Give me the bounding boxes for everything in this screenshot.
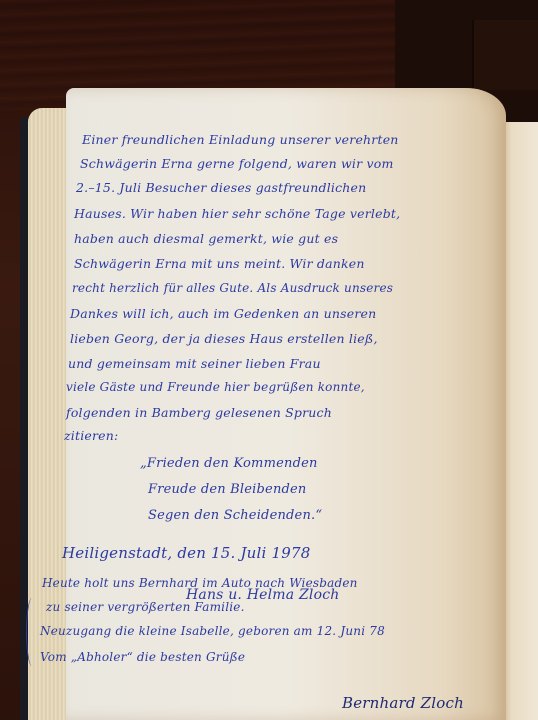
entry-line-9: lieben Georg, der ja dieses Haus erstell… bbox=[70, 331, 378, 346]
entry-line-1: Einer freundlichen Einladung unserer ver… bbox=[82, 132, 399, 147]
entry-line-13: zitieren: bbox=[64, 428, 118, 443]
poem-line-1: „Frieden den Kommenden bbox=[140, 456, 318, 471]
place-date: Heiligenstadt, den 15. Juli 1978 bbox=[62, 544, 310, 562]
poem-line-2: Freude den Bleibenden bbox=[148, 482, 307, 497]
postscript-line-4: Vom „Abholer“ die besten Grüße bbox=[40, 650, 245, 664]
entry-line-8: Dankes will ich, auch im Gedenken an uns… bbox=[70, 306, 376, 321]
entry-line-5: haben auch diesmal gemerkt, wie gut es bbox=[74, 231, 338, 246]
entry-line-4: Hauses. Wir haben hier sehr schöne Tage … bbox=[74, 206, 400, 221]
entry-line-2: Schwägerin Erna gerne folgend, waren wir… bbox=[80, 156, 394, 171]
signature-bernhard: Bernhard Zloch bbox=[342, 694, 464, 712]
entry-line-10: und gemeinsam mit seiner lieben Frau bbox=[68, 356, 321, 371]
entry-line-3: 2.–15. Juli Besucher dieses gastfreundli… bbox=[76, 180, 366, 195]
postscript-line-1: Heute holt uns Bernhard im Auto nach Wie… bbox=[42, 576, 358, 590]
postscript-line-2: zu seiner vergrößerten Familie. bbox=[46, 600, 245, 614]
bracket-mark bbox=[26, 598, 38, 666]
entry-line-6: Schwägerin Erna mit uns meint. Wir danke… bbox=[74, 256, 365, 271]
dark-background-frame bbox=[472, 20, 538, 90]
postscript-line-3: Neuzugang die kleine Isabelle, geboren a… bbox=[40, 624, 385, 638]
poem-line-3: Segen den Scheidenden.“ bbox=[148, 508, 322, 523]
entry-line-7: recht herzlich für alles Gute. Als Ausdr… bbox=[72, 281, 393, 295]
entry-line-12: folgenden in Bamberg gelesenen Spruch bbox=[66, 405, 332, 420]
entry-line-11: viele Gäste und Freunde hier begrüßen ko… bbox=[66, 380, 365, 394]
